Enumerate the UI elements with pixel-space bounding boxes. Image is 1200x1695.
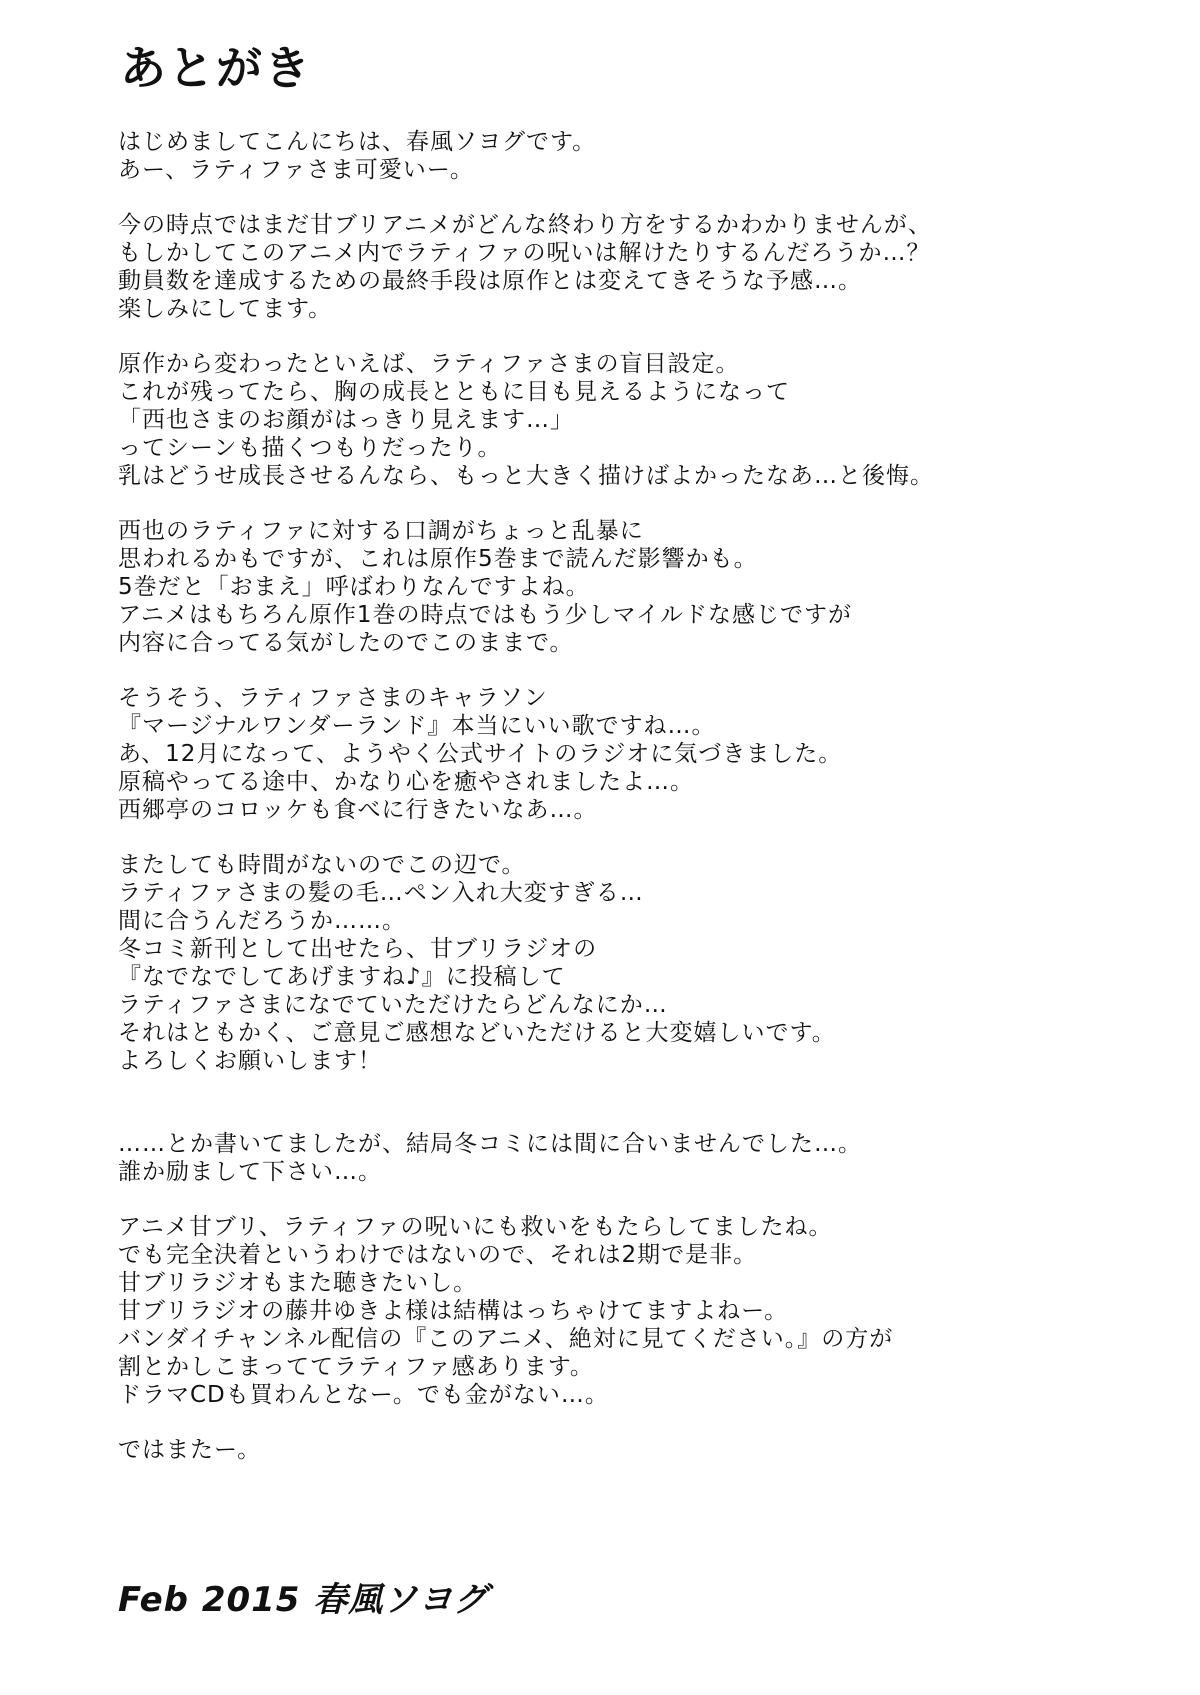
text-line: ラティファさまの髪の毛…ペン入れ大変すぎる… xyxy=(118,879,1118,907)
afterword-body: はじめましてこんにちは、春風ソヨグです。あー、ラティファさま可愛いー。今の時点で… xyxy=(118,128,1118,1464)
text-line: 5巻だと「おまえ」呼ばわりなんですよね。 xyxy=(118,573,1118,601)
afterword-page: あとがき はじめましてこんにちは、春風ソヨグです。あー、ラティファさま可愛いー。… xyxy=(118,40,1118,1491)
text-line: ……とか書いてましたが、結局冬コミには間に合いませんでした…。 xyxy=(118,1130,1118,1158)
text-line: ってシーンも描くつもりだったり。 xyxy=(118,434,1118,462)
paragraph: ではまたー。 xyxy=(118,1436,1118,1464)
text-line: 『マージナルワンダーランド』本当にいい歌ですね…。 xyxy=(118,712,1118,740)
text-line: 原作から変わったといえば、ラティファさまの盲目設定。 xyxy=(118,350,1118,378)
text-line: 動員数を達成するための最終手段は原作とは変えてきそうな予感…。 xyxy=(118,267,1118,295)
text-line: 『なでなでしてあげますね♪』に投稿して xyxy=(118,963,1118,991)
text-line: 間に合うんだろうか……。 xyxy=(118,907,1118,935)
paragraph: そうそう、ラティファさまのキャラソン『マージナルワンダーランド』本当にいい歌です… xyxy=(118,684,1118,824)
section-spacer xyxy=(118,1102,1118,1130)
text-line: あ、12月になって、ようやく公式サイトのラジオに気づきました。 xyxy=(118,740,1118,768)
paragraph: 西也のラティファに対する口調がちょっと乱暴に思われるかもですが、これは原作5巻ま… xyxy=(118,517,1118,657)
text-line: 冬コミ新刊として出せたら、甘ブリラジオの xyxy=(118,935,1118,963)
paragraph: またしても時間がないのでこの辺で。ラティファさまの髪の毛…ペン入れ大変すぎる…間… xyxy=(118,851,1118,1075)
signature: Feb 2015 春風ソヨグ xyxy=(118,1572,488,1621)
text-line: そうそう、ラティファさまのキャラソン xyxy=(118,684,1118,712)
text-line: ドラマCDも買わんとなー。でも金がない…。 xyxy=(118,1381,1118,1409)
text-line: これが残ってたら、胸の成長とともに目も見えるようになって xyxy=(118,378,1118,406)
text-line: それはともかく、ご意見ご感想などいただけると大変嬉しいです。 xyxy=(118,1019,1118,1047)
text-line: あー、ラティファさま可愛いー。 xyxy=(118,156,1118,184)
text-line: 西也のラティファに対する口調がちょっと乱暴に xyxy=(118,517,1118,545)
text-line: 内容に合ってる気がしたのでこのままで。 xyxy=(118,629,1118,657)
text-line: でも完全決着というわけではないので、それは2期で是非。 xyxy=(118,1241,1118,1269)
text-line: ではまたー。 xyxy=(118,1436,1118,1464)
text-line: アニメ甘ブリ、ラティファの呪いにも救いをもたらしてましたね。 xyxy=(118,1213,1118,1241)
text-line: 甘ブリラジオもまた聴きたいし。 xyxy=(118,1269,1118,1297)
text-line: よろしくお願いします！ xyxy=(118,1047,1118,1075)
text-line: 「西也さまのお顔がはっきり見えます…」 xyxy=(118,406,1118,434)
paragraph: はじめましてこんにちは、春風ソヨグです。あー、ラティファさま可愛いー。 xyxy=(118,128,1118,184)
text-line: 割とかしこまっててラティファ感あります。 xyxy=(118,1353,1118,1381)
text-line: 原稿やってる途中、かなり心を癒やされましたよ…。 xyxy=(118,768,1118,796)
text-line: 楽しみにしてます。 xyxy=(118,295,1118,323)
text-line: はじめましてこんにちは、春風ソヨグです。 xyxy=(118,128,1118,156)
text-line: バンダイチャンネル配信の『このアニメ、絶対に見てください。』の方が xyxy=(118,1325,1118,1353)
text-line: ラティファさまになでていただけたらどんなにか… xyxy=(118,991,1118,1019)
paragraph: 今の時点ではまだ甘ブリアニメがどんな終わり方をするかわかりませんが、もしかしてこ… xyxy=(118,211,1118,323)
text-line: もしかしてこのアニメ内でラティファの呪いは解けたりするんだろうか…？ xyxy=(118,239,1118,267)
text-line: 甘ブリラジオの藤井ゆきよ様は結構はっちゃけてますよねー。 xyxy=(118,1297,1118,1325)
text-line: 今の時点ではまだ甘ブリアニメがどんな終わり方をするかわかりませんが、 xyxy=(118,211,1118,239)
text-line: またしても時間がないのでこの辺で。 xyxy=(118,851,1118,879)
paragraph: 原作から変わったといえば、ラティファさまの盲目設定。これが残ってたら、胸の成長と… xyxy=(118,350,1118,490)
text-line: 思われるかもですが、これは原作5巻まで読んだ影響かも。 xyxy=(118,545,1118,573)
paragraph: ……とか書いてましたが、結局冬コミには間に合いませんでした…。誰か励まして下さい… xyxy=(118,1130,1118,1186)
text-line: 乳はどうせ成長させるんなら、もっと大きく描けばよかったなあ…と後悔。 xyxy=(118,462,1118,490)
text-line: 誰か励まして下さい…。 xyxy=(118,1158,1118,1186)
paragraph: アニメ甘ブリ、ラティファの呪いにも救いをもたらしてましたね。でも完全決着というわ… xyxy=(118,1213,1118,1409)
text-line: アニメはもちろん原作1巻の時点ではもう少しマイルドな感じですが xyxy=(118,601,1118,629)
text-line: 西郷亭のコロッケも食べに行きたいなあ…。 xyxy=(118,796,1118,824)
page-title: あとがき xyxy=(120,40,1118,96)
